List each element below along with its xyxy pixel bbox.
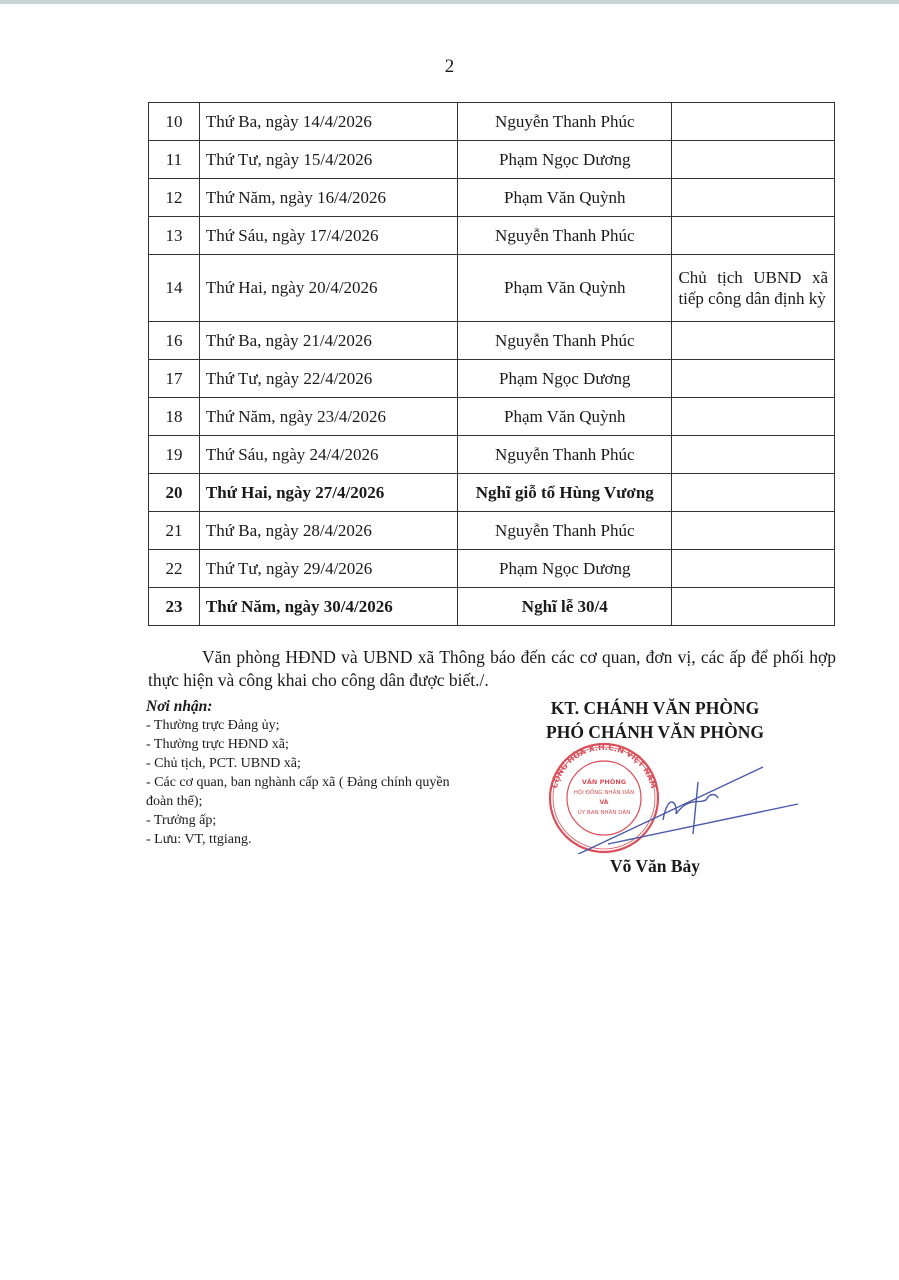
recipient-item: - Thường trực Đảng ủy; bbox=[146, 716, 476, 735]
row-note bbox=[672, 103, 835, 141]
row-person: Nguyễn Thanh Phúc bbox=[458, 512, 672, 550]
row-note bbox=[672, 588, 835, 626]
row-number: 12 bbox=[149, 179, 200, 217]
row-note bbox=[672, 360, 835, 398]
table-row: 13Thứ Sáu, ngày 17/4/2026Nguyễn Thanh Ph… bbox=[149, 217, 835, 255]
row-date: Thứ Năm, ngày 23/4/2026 bbox=[199, 398, 457, 436]
table-row: 22Thứ Tư, ngày 29/4/2026Phạm Ngọc Dương bbox=[149, 550, 835, 588]
viewer-top-strip bbox=[0, 0, 899, 4]
table-row: 17Thứ Tư, ngày 22/4/2026Phạm Ngọc Dương bbox=[149, 360, 835, 398]
row-note bbox=[672, 436, 835, 474]
row-number: 23 bbox=[149, 588, 200, 626]
svg-text:HỘI ĐỒNG NHÂN DÂN: HỘI ĐỒNG NHÂN DÂN bbox=[574, 787, 634, 796]
row-number: 19 bbox=[149, 436, 200, 474]
table-row: 10Thứ Ba, ngày 14/4/2026Nguyễn Thanh Phú… bbox=[149, 103, 835, 141]
row-date: Thứ Hai, ngày 20/4/2026 bbox=[199, 255, 457, 322]
row-number: 17 bbox=[149, 360, 200, 398]
duty-schedule-table: 10Thứ Ba, ngày 14/4/2026Nguyễn Thanh Phú… bbox=[148, 102, 835, 626]
table-row: 20Thứ Hai, ngày 27/4/2026Nghĩ giỗ tổ Hùn… bbox=[149, 474, 835, 512]
row-date: Thứ Tư, ngày 29/4/2026 bbox=[199, 550, 457, 588]
row-note: Chủ tịch UBND xã tiếp công dân định kỳ bbox=[672, 255, 835, 322]
signature-line-1: KT. CHÁNH VĂN PHÒNG bbox=[505, 696, 805, 720]
row-number: 21 bbox=[149, 512, 200, 550]
row-note bbox=[672, 322, 835, 360]
row-date: Thứ Sáu, ngày 24/4/2026 bbox=[199, 436, 457, 474]
row-number: 18 bbox=[149, 398, 200, 436]
signature-line-2: PHÓ CHÁNH VĂN PHÒNG bbox=[505, 720, 805, 744]
row-date: Thứ Ba, ngày 21/4/2026 bbox=[199, 322, 457, 360]
row-person: Phạm Ngọc Dương bbox=[458, 360, 672, 398]
recipient-item: - Chủ tịch, PCT. UBND xã; bbox=[146, 754, 476, 773]
table-row: 12Thứ Năm, ngày 16/4/2026Phạm Văn Quỳnh bbox=[149, 179, 835, 217]
recipient-item: - Lưu: VT, ttgiang. bbox=[146, 830, 476, 849]
row-date: Thứ Năm, ngày 30/4/2026 bbox=[199, 588, 457, 626]
row-number: 22 bbox=[149, 550, 200, 588]
row-person: Nghĩ giỗ tổ Hùng Vương bbox=[458, 474, 672, 512]
recipient-item: - Các cơ quan, ban nghành cấp xã ( Đảng … bbox=[146, 773, 476, 811]
row-person: Nguyễn Thanh Phúc bbox=[458, 217, 672, 255]
row-person: Phạm Ngọc Dương bbox=[458, 141, 672, 179]
row-person: Nguyễn Thanh Phúc bbox=[458, 103, 672, 141]
row-date: Thứ Tư, ngày 15/4/2026 bbox=[199, 141, 457, 179]
row-note bbox=[672, 179, 835, 217]
svg-text:VĂN PHÒNG: VĂN PHÒNG bbox=[582, 777, 626, 786]
svg-text:VÀ: VÀ bbox=[600, 799, 609, 806]
row-note bbox=[672, 512, 835, 550]
signer-name: Võ Văn Bảy bbox=[505, 856, 805, 877]
page-number: 2 bbox=[0, 56, 899, 78]
signature-title-block: KT. CHÁNH VĂN PHÒNG PHÓ CHÁNH VĂN PHÒNG bbox=[505, 696, 805, 744]
recipient-item: - Trưởng ấp; bbox=[146, 811, 476, 830]
row-number: 14 bbox=[149, 255, 200, 322]
table-row: 23Thứ Năm, ngày 30/4/2026Nghĩ lễ 30/4 bbox=[149, 588, 835, 626]
table-row: 21Thứ Ba, ngày 28/4/2026Nguyễn Thanh Phú… bbox=[149, 512, 835, 550]
table-row: 18Thứ Năm, ngày 23/4/2026Phạm Văn Quỳnh bbox=[149, 398, 835, 436]
row-number: 11 bbox=[149, 141, 200, 179]
notice-paragraph: Văn phòng HĐND và UBND xã Thông báo đến … bbox=[148, 646, 836, 692]
row-person: Nguyễn Thanh Phúc bbox=[458, 322, 672, 360]
row-number: 10 bbox=[149, 103, 200, 141]
recipient-item: - Thường trực HĐND xã; bbox=[146, 735, 476, 754]
svg-text:ỦY BAN NHÂN DÂN: ỦY BAN NHÂN DÂN bbox=[578, 808, 630, 816]
row-person: Nguyễn Thanh Phúc bbox=[458, 436, 672, 474]
row-date: Thứ Ba, ngày 14/4/2026 bbox=[199, 103, 457, 141]
row-date: Thứ Hai, ngày 27/4/2026 bbox=[199, 474, 457, 512]
row-number: 20 bbox=[149, 474, 200, 512]
row-person: Phạm Văn Quỳnh bbox=[458, 398, 672, 436]
row-note bbox=[672, 398, 835, 436]
row-person: Phạm Văn Quỳnh bbox=[458, 179, 672, 217]
table-row: 19Thứ Sáu, ngày 24/4/2026Nguyễn Thanh Ph… bbox=[149, 436, 835, 474]
table-row: 11Thứ Tư, ngày 15/4/2026Phạm Ngọc Dương bbox=[149, 141, 835, 179]
row-date: Thứ Ba, ngày 28/4/2026 bbox=[199, 512, 457, 550]
table-row: 14Thứ Hai, ngày 20/4/2026Phạm Văn QuỳnhC… bbox=[149, 255, 835, 322]
row-number: 16 bbox=[149, 322, 200, 360]
row-date: Thứ Tư, ngày 22/4/2026 bbox=[199, 360, 457, 398]
row-date: Thứ Sáu, ngày 17/4/2026 bbox=[199, 217, 457, 255]
official-stamp-icon: CỘNG HÒA X.H.C.N VIỆT NAM VĂN PHÒNG HỘI … bbox=[548, 742, 808, 854]
row-person: Phạm Ngọc Dương bbox=[458, 550, 672, 588]
row-number: 13 bbox=[149, 217, 200, 255]
recipients-title: Nơi nhận: bbox=[146, 697, 476, 716]
row-note bbox=[672, 141, 835, 179]
row-note bbox=[672, 550, 835, 588]
row-date: Thứ Năm, ngày 16/4/2026 bbox=[199, 179, 457, 217]
row-note bbox=[672, 217, 835, 255]
row-person: Nghĩ lễ 30/4 bbox=[458, 588, 672, 626]
table-row: 16Thứ Ba, ngày 21/4/2026Nguyễn Thanh Phú… bbox=[149, 322, 835, 360]
row-note bbox=[672, 474, 835, 512]
row-person: Phạm Văn Quỳnh bbox=[458, 255, 672, 322]
recipients-block: Nơi nhận: - Thường trực Đảng ủy;- Thường… bbox=[146, 697, 476, 849]
